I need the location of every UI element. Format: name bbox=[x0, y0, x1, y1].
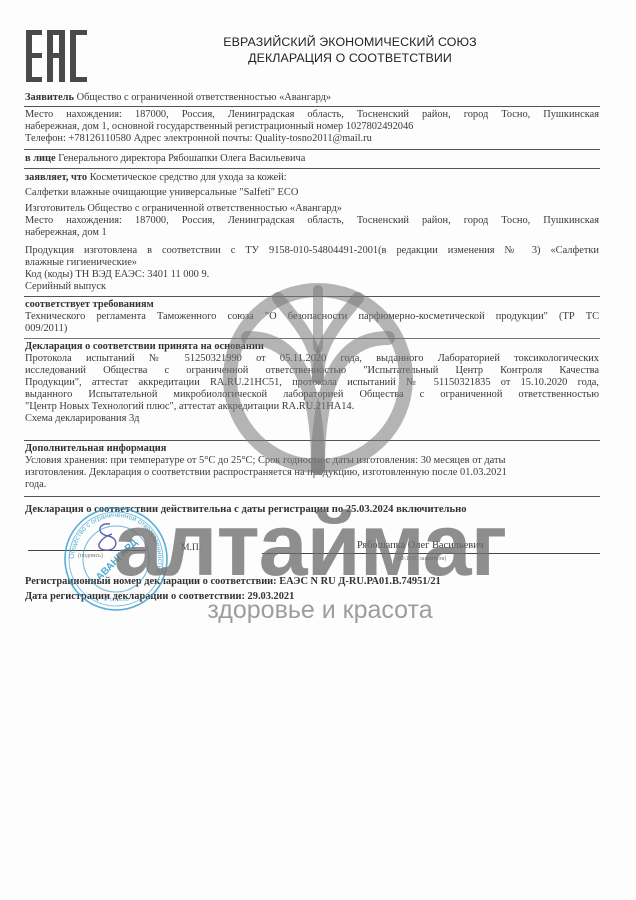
basis-label: Декларация о соответствии принята на осн… bbox=[25, 341, 599, 353]
rep-label: в лице bbox=[25, 153, 56, 164]
basis-line: Продукции", аттестат аккредитации RA.RU.… bbox=[25, 377, 599, 389]
requirements-label: соответствует требованиям bbox=[25, 299, 599, 311]
declares-section: заявляет, что Косметическое средство для… bbox=[25, 172, 599, 293]
eac-logo-icon bbox=[26, 30, 88, 82]
requirements-section: соответствует требованиям Технического р… bbox=[25, 299, 599, 335]
additional-label: Дополнительная информация bbox=[25, 443, 599, 455]
declaration-scheme: Схема декларирования 3д bbox=[25, 413, 599, 425]
basis-section: Декларация о соответствии принята на осн… bbox=[25, 341, 599, 425]
declaration-document: ЕВРАЗИЙСКИЙ ЭКОНОМИЧЕСКИЙ СОЮЗ ДЕКЛАРАЦИ… bbox=[0, 0, 636, 900]
document-title: ЕВРАЗИЙСКИЙ ЭКОНОМИЧЕСКИЙ СОЮЗ ДЕКЛАРАЦИ… bbox=[200, 34, 500, 66]
declares-value: Косметическое средство для ухода за коже… bbox=[90, 172, 287, 183]
divider bbox=[24, 338, 600, 339]
manufacturer-address: набережная, дом 1 bbox=[25, 227, 599, 239]
manufacturer: Изготовитель Общество с ограниченной отв… bbox=[25, 203, 599, 215]
contacts-line: Телефон: +78126110580 Адрес электронной … bbox=[25, 133, 599, 145]
title-union: ЕВРАЗИЙСКИЙ ЭКОНОМИЧЕСКИЙ СОЮЗ bbox=[200, 34, 500, 50]
watermark-tagline: здоровье и красота bbox=[140, 596, 500, 625]
additional-section: Дополнительная информация Условия хранен… bbox=[25, 443, 599, 491]
additional-line: изготовления. Декларация о соответствии … bbox=[25, 467, 599, 479]
basis-line: выданного Испытательной микробиологическ… bbox=[25, 389, 599, 401]
product-name: Салфетки влажные очищающие универсальные… bbox=[25, 187, 599, 199]
manufacturer-address: Место нахождения: 187000, Россия, Ленинг… bbox=[25, 215, 599, 227]
divider bbox=[24, 149, 600, 150]
basis-line: исследований Общества с ограниченной отв… bbox=[25, 365, 599, 377]
applicant-value: Общество с ограниченной ответственностью… bbox=[77, 92, 332, 103]
divider bbox=[24, 440, 600, 441]
applicant-address: Место нахождения: 187000, Россия, Ленинг… bbox=[25, 109, 599, 145]
applicant-line: Заявитель Общество с ограниченной ответс… bbox=[25, 92, 599, 104]
declares-label: заявляет, что bbox=[25, 172, 87, 183]
rep-value: Генерального директора Рябошапки Олега В… bbox=[58, 153, 305, 164]
tu-line: влажные гигиенические» bbox=[25, 257, 599, 269]
basis-line: "Центр Новых Технологий плюс", аттестат … bbox=[25, 401, 599, 413]
tu-line: Продукция изготовлена в соответствии с Т… bbox=[25, 245, 599, 257]
requirements-text: 009/2011) bbox=[25, 323, 599, 335]
requirements-text: Технического регламента Таможенного союз… bbox=[25, 311, 599, 323]
basis-line: Протокола испытаний № 51250321990 от 05.… bbox=[25, 353, 599, 365]
divider bbox=[24, 168, 600, 169]
divider bbox=[24, 106, 600, 107]
batch-type: Серийный выпуск bbox=[25, 281, 599, 293]
additional-line: Условия хранения: при температуре от 5°С… bbox=[25, 455, 599, 467]
address-line: Место нахождения: 187000, Россия, Ленинг… bbox=[25, 109, 599, 121]
divider bbox=[24, 296, 600, 297]
additional-line: года. bbox=[25, 479, 599, 491]
watermark-brand: алтаймаг bbox=[40, 500, 580, 590]
title-declaration: ДЕКЛАРАЦИЯ О СООТВЕТСТВИИ bbox=[200, 50, 500, 66]
address-line: набережная, дом 1, основной государствен… bbox=[25, 121, 599, 133]
applicant-label: Заявитель bbox=[25, 92, 74, 103]
svg-text:★ г. Тосно: ★ г. Тосно bbox=[103, 596, 129, 603]
representative-line: в лице Генерального директора Рябошапки … bbox=[25, 153, 599, 165]
hs-code: Код (коды) ТН ВЭД ЕАЭС: 3401 11 000 9. bbox=[25, 269, 599, 281]
